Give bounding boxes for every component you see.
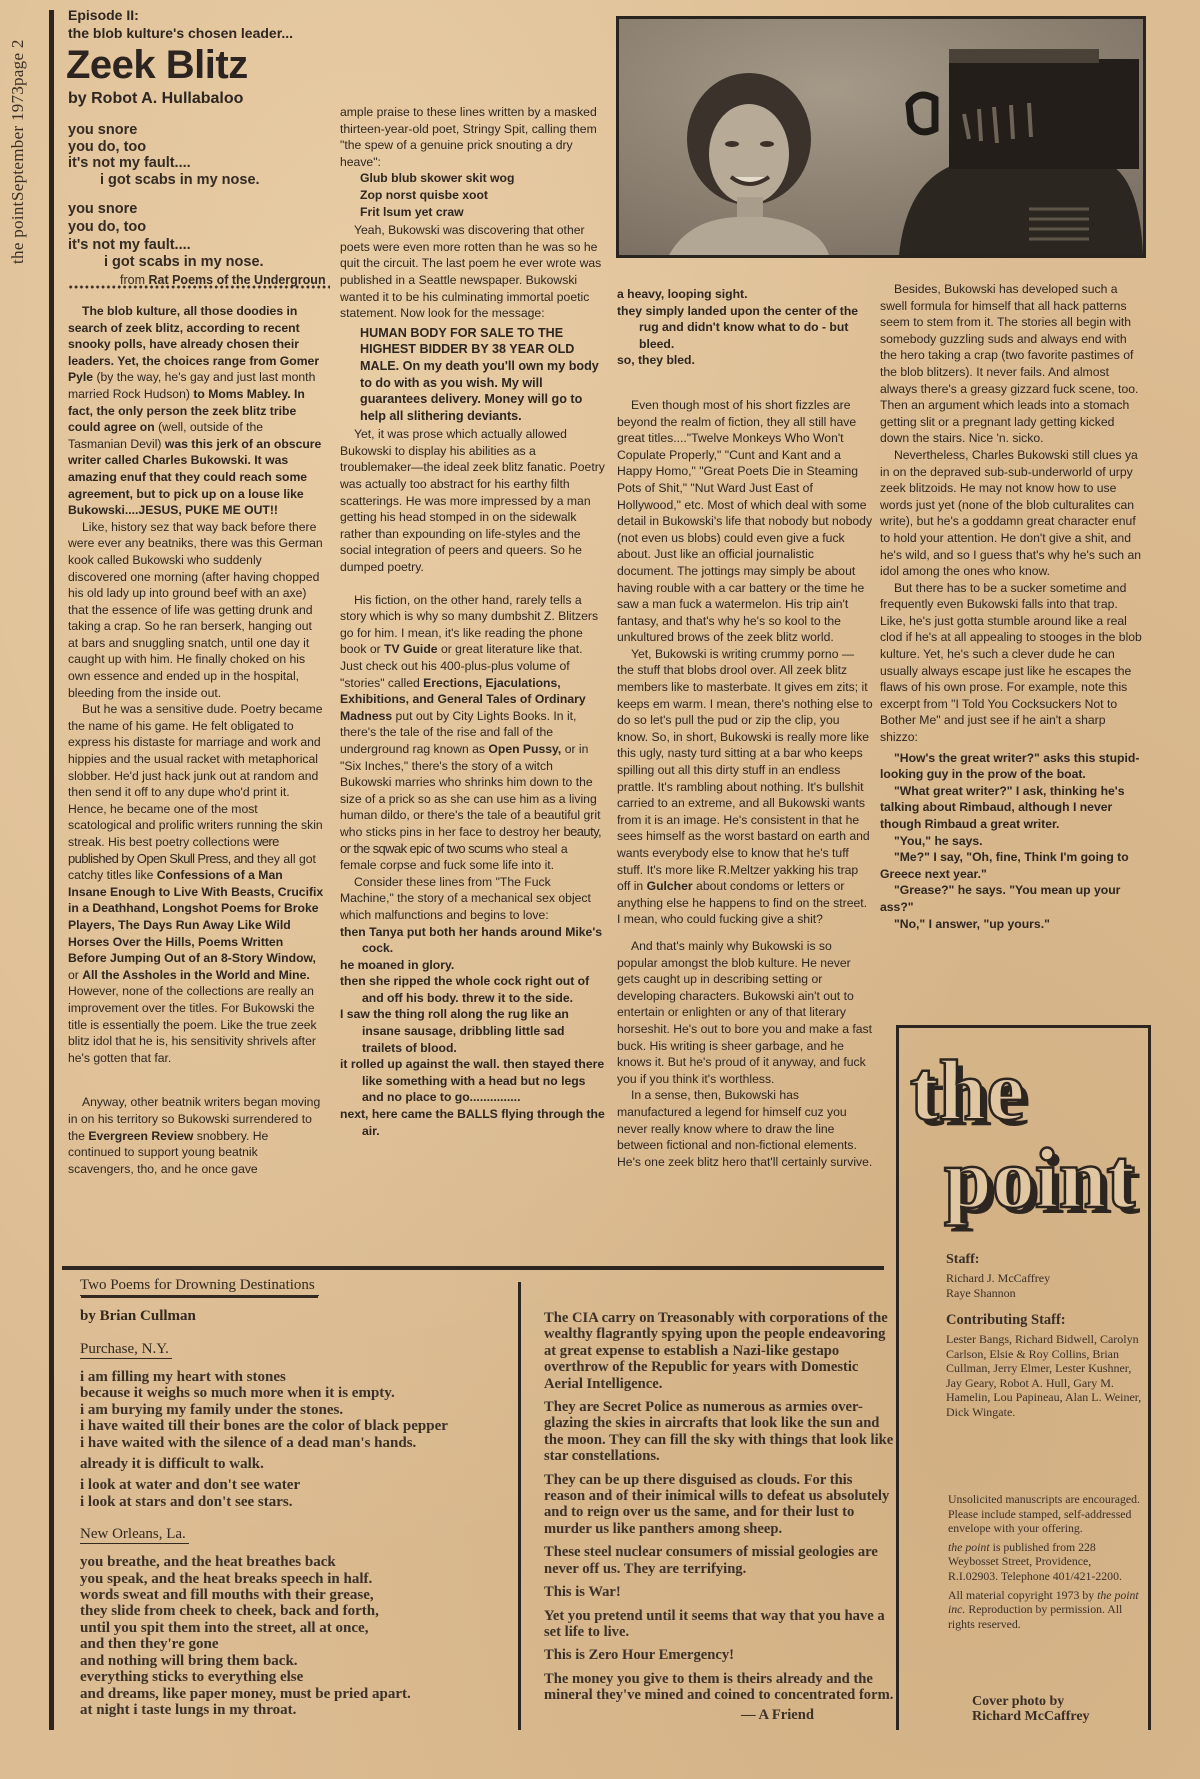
contributing-staff-names: Lester Bangs, Richard Bidwell, Carolyn C… — [946, 1332, 1146, 1419]
poem-title: Purchase, N.Y. — [80, 1341, 172, 1359]
article-column-1: The blob kulture, all those doodies in s… — [68, 303, 324, 1177]
poem-line: because it weighs so much more when it i… — [80, 1385, 510, 1401]
publication-notice: Unsolicited manuscripts are encouraged. … — [948, 1492, 1143, 1635]
letter-paragraph: The CIA carry on Treasonably with corpor… — [544, 1310, 894, 1392]
poem-stanza: you breathe, and the heat breathes back … — [80, 1554, 510, 1718]
dialogue-excerpt: "How's the great writer?" asks this stup… — [880, 750, 1142, 933]
contributing-staff-heading: Contributing Staff: — [946, 1312, 1146, 1329]
cover-photo-credit: Cover photo by Richard McCaffrey — [972, 1694, 1090, 1724]
poem-line: everything sticks to everything else — [80, 1669, 510, 1685]
article-subtitle: the blob kulture's chosen leader... — [68, 24, 328, 42]
dialogue-line: "How's the great writer?" asks this stup… — [880, 750, 1142, 783]
episode-label: Episode II: — [68, 6, 328, 24]
paragraph: ample praise to these lines written by a… — [340, 104, 605, 170]
spacer — [340, 576, 605, 592]
text: Yet, Bukowski is writing crummy porno — … — [617, 647, 873, 893]
poem-line: you do, too — [68, 218, 330, 236]
article-column-4: Besides, Bukowski has developed such a s… — [880, 281, 1142, 932]
epigraph-poem: you snore you do, too it's not my fault.… — [68, 122, 330, 289]
poem-line: i have waited with the silence of a dead… — [80, 1435, 510, 1451]
paragraph: Yet, Bukowski is writing crummy porno — … — [617, 646, 873, 928]
poem-title: New Orleans, La. — [80, 1526, 189, 1544]
spacer — [617, 369, 873, 397]
paragraph: Nevertheless, Charles Bukowski still clu… — [880, 447, 1142, 580]
asterisk-divider — [68, 283, 330, 291]
article-column-2: ample praise to these lines written by a… — [340, 104, 605, 1139]
friend-letter: The CIA carry on Treasonably with corpor… — [544, 1310, 894, 1723]
poem-line: i got scabs in my nose. — [68, 172, 330, 189]
copyright-text: All material copyright 1973 by — [948, 1588, 1094, 1602]
paragraph: Consider these lines from "The Fuck Mach… — [340, 874, 605, 924]
paragraph: Anyway, other beatnik writers began movi… — [68, 1094, 324, 1177]
poem-line: they slide from cheek to cheek, back and… — [80, 1603, 510, 1619]
article-title: Zeek Blitz — [66, 42, 248, 88]
letter-paragraph: The money you give to them is theirs alr… — [544, 1671, 894, 1704]
pub-name: the point — [948, 1540, 990, 1554]
paragraph: Yet, it was prose which actually allowed… — [340, 426, 605, 575]
epigraph-stanza-1: you snore you do, too it's not my fault.… — [68, 122, 330, 188]
publication-name: Gulcher — [647, 879, 693, 893]
copyright-text: Reproduction by permission. All rights r… — [948, 1602, 1122, 1631]
poem-line: words sweat and fill mouths with their g… — [80, 1587, 510, 1603]
verse-line: Zop norst quisbe xoot — [360, 187, 605, 204]
paragraph: Like, history sez that way back before t… — [68, 519, 324, 702]
poems-title: Two Poems for Drowning Destinations — [80, 1277, 319, 1296]
staff-listing: Staff: Richard J. McCaffrey Raye Shannon… — [946, 1252, 1146, 1431]
submission-notice: Unsolicited manuscripts are encouraged. … — [948, 1492, 1143, 1536]
verse-line: so, they bled. — [617, 352, 873, 369]
verse-line: Frit lsum yet craw — [360, 204, 605, 221]
cover-photo — [616, 16, 1146, 258]
paragraph: Yeah, Bukowski was discovering that othe… — [340, 222, 605, 322]
dialogue-line: "You," he says. — [880, 833, 1142, 850]
staff-member: Richard J. McCaffrey — [946, 1271, 1146, 1286]
poem-line: i am burying my family under the stones. — [80, 1402, 510, 1418]
poem-line: and then they're gone — [80, 1636, 510, 1652]
verse-line: it rolled up against the wall. then stay… — [340, 1056, 605, 1106]
letter-paragraph: They can be up there disguised as clouds… — [544, 1472, 894, 1538]
poem-line: you snore — [68, 200, 330, 218]
article-column-3: a heavy, looping sight. they simply land… — [617, 286, 873, 1170]
poem-line: you breathe, and the heat breathes back — [80, 1554, 510, 1570]
letter-paragraph: This is Zero Hour Emergency! — [544, 1647, 894, 1663]
classified-ad-quote: HUMAN BODY FOR SALE TO THE HIGHEST BIDDE… — [340, 325, 605, 425]
poem-line: i got scabs in my nose. — [68, 254, 330, 271]
paragraph: And that's mainly why Bukowski is so pop… — [617, 938, 873, 1087]
publication-name: Open Pussy, — [488, 742, 561, 756]
verse-line: they simply landed upon the center of th… — [617, 303, 873, 353]
folio-date: September 1973 — [8, 86, 27, 201]
verse-line: next, here came the BALLS flying through… — [340, 1106, 605, 1139]
spacer — [68, 1066, 324, 1094]
poem-stanza: i am filling my heart with stones becaus… — [80, 1369, 510, 1451]
text: or — [68, 968, 79, 982]
publication-name: TV Guide — [384, 642, 438, 656]
logo-text-point: point — [944, 1130, 1136, 1226]
verse-line: then she ripped the whole cock right out… — [340, 973, 605, 1006]
letter-paragraph: Yet you pretend until it seems that way … — [544, 1608, 894, 1641]
poem-line: until you spit them into the street, all… — [80, 1620, 510, 1636]
letter-signature: — A Friend — [544, 1707, 894, 1723]
column-divider — [518, 1282, 521, 1730]
poem-line: and nothing will bring them back. — [80, 1653, 510, 1669]
verse-line: Glub blub skower skit wog — [360, 170, 605, 187]
paragraph: Besides, Bukowski has developed such a s… — [880, 281, 1142, 447]
verse-line: then Tanya put both her hands around Mik… — [340, 924, 605, 957]
address-notice: the point is published from 228 Weybosse… — [948, 1540, 1143, 1584]
dialogue-line: "Me?" I say, "Oh, fine, Think I'm going … — [880, 849, 1142, 882]
epigraph-stanza-2: you snore you do, too it's not my fault.… — [68, 200, 330, 289]
text: The blob kulture, all those doodies in s… — [68, 304, 300, 368]
folio-publication: the point — [8, 201, 27, 264]
text: But he was a sensitive dude. Poetry beca… — [68, 702, 323, 849]
paragraph: But there has to be a sucker sometime an… — [880, 580, 1142, 746]
logo-text-the: the — [910, 1042, 1025, 1138]
poem-line: i look at stars and don't see stars. — [80, 1494, 510, 1510]
poem-line: you snore — [68, 122, 330, 139]
poem-line: it's not my fault.... — [68, 155, 330, 172]
letter-paragraph: They are Secret Police as numerous as ar… — [544, 1399, 894, 1465]
poem-line: i have waited till their bones are the c… — [80, 1418, 510, 1434]
staff-heading: Staff: — [946, 1252, 1146, 1268]
poem-stanza: i look at water and don't see water i lo… — [80, 1477, 510, 1510]
letter-paragraph: These steel nuclear consumers of missial… — [544, 1544, 894, 1577]
staff-member: Raye Shannon — [946, 1286, 1146, 1301]
article-kicker: Episode II: the blob kulture's chosen le… — [68, 6, 328, 42]
paragraph: In a sense, then, Bukowski has manufactu… — [617, 1087, 873, 1170]
section-divider — [62, 1266, 884, 1270]
book-titles: Confessions of a Man Insane Enough to Li… — [68, 868, 323, 965]
paragraph: His fiction, on the other hand, rarely t… — [340, 592, 605, 874]
text: or in "Six Inches," there's the story of… — [340, 742, 600, 839]
poem-stanza: already it is difficult to walk. — [80, 1456, 510, 1472]
quoted-verse: Glub blub skower skit wog Zop norst quis… — [340, 170, 605, 220]
copyright-notice: All material copyright 1973 by the point… — [948, 1588, 1143, 1632]
dialogue-line: "What great writer?" I ask, thinking he'… — [880, 783, 1142, 833]
article-byline: by Robot A. Hullabaloo — [68, 90, 243, 108]
the-point-logo: the the point point — [910, 1035, 1140, 1235]
poem-line: already it is difficult to walk. — [80, 1456, 510, 1472]
book-title: All the Assholes in the World and Mine. — [82, 968, 310, 982]
credit-line: Richard McCaffrey — [972, 1709, 1090, 1724]
paragraph: The blob kulture, all those doodies in s… — [68, 303, 324, 519]
poem-line: it's not my fault.... — [68, 236, 330, 254]
text: However, none of the collections are rea… — [68, 984, 317, 1064]
letter-paragraph: This is War! — [544, 1584, 894, 1600]
verse-line: he moaned in glory. — [340, 957, 605, 974]
poems-byline: by Brian Cullman — [80, 1308, 510, 1325]
column-rule-left — [49, 10, 54, 1730]
verse-line: I saw the thing roll along the rug like … — [340, 1006, 605, 1056]
staff-section: Staff: Richard J. McCaffrey Raye Shannon — [946, 1252, 1146, 1300]
quoted-excerpt: then Tanya put both her hands around Mik… — [340, 924, 605, 1140]
contributing-staff-section: Contributing Staff: Lester Bangs, Richar… — [946, 1312, 1146, 1419]
paragraph: But he was a sensitive dude. Poetry beca… — [68, 701, 324, 1066]
photo-image — [619, 19, 1143, 255]
spacer — [617, 928, 873, 938]
poems-section: Two Poems for Drowning Destinations by B… — [80, 1276, 510, 1718]
folio-page: page 2 — [8, 40, 27, 87]
dialogue-line: "Grease?" he says. "You mean up your ass… — [880, 882, 1142, 915]
paragraph: Even though most of his short fizzles ar… — [617, 397, 873, 646]
poem-line: i look at water and don't see water — [80, 1477, 510, 1493]
verse-line: a heavy, looping sight. — [617, 286, 873, 303]
poem-line: i am filling my heart with stones — [80, 1369, 510, 1385]
quoted-excerpt-continued: a heavy, looping sight. they simply land… — [617, 286, 873, 369]
poem-line: you speak, and the heat breaks speech in… — [80, 1571, 510, 1587]
poem-line: and dreams, like paper money, must be pr… — [80, 1686, 510, 1702]
poem-line: you do, too — [68, 139, 330, 156]
poem-line: at night i taste lungs in my throat. — [80, 1702, 510, 1718]
dialogue-line: "No," I answer, "up yours." — [880, 916, 1142, 933]
publication-name: Evergreen Review — [88, 1129, 193, 1143]
credit-line: Cover photo by — [972, 1694, 1090, 1709]
